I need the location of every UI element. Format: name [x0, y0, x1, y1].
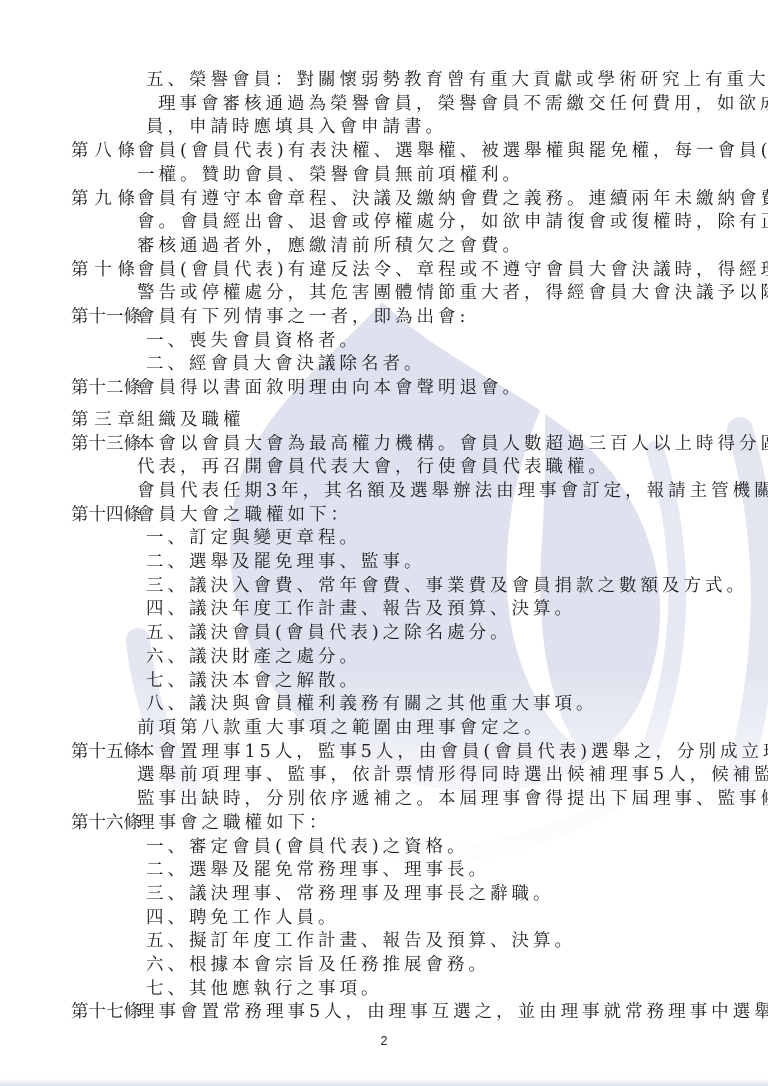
line-text: 會。會員經出會、退會或停權處分，如欲申請復會或復權時，除有正當理由經理事會 — [137, 212, 768, 232]
article-line: 二、選舉及罷免常務理事、理事長。 — [0, 859, 768, 883]
line-text: 一、喪失會員資格者。 — [146, 331, 361, 351]
article-line: 二、選舉及罷免理事、監事。 — [0, 551, 768, 575]
line-text: 五、議決會員(會員代表)之除名處分。 — [146, 623, 512, 643]
article-line: 第十四條會員大會之職權如下： — [0, 504, 768, 528]
article-line: 第 十 條會員(會員代表)有違反法令、章程或不遵守會員大會決議時，得經理事會決議… — [0, 259, 768, 283]
line-text: 七、議決本會之解散。 — [146, 671, 361, 691]
article-line: 六、議決財產之處分。 — [0, 646, 768, 670]
article-line: 第 八 條會員(會員代表)有表決權、選舉權、被選舉權與罷免權，每一會員(會員代表… — [0, 140, 768, 164]
line-text: 二、選舉及罷免常務理事、理事長。 — [146, 860, 490, 880]
line-text: 五、榮譽會員：對關懷弱勢教育曾有重大貢獻或學術研究上有重大成就者，得經 — [146, 70, 768, 90]
article-line: 監事出缺時，分別依序遞補之。本屆理事會得提出下屆理事、監事候選人參考名單。 — [0, 788, 768, 812]
article-number: 第十三條 — [71, 433, 135, 457]
article-line: 四、議決年度工作計畫、報告及預算、決算。 — [0, 598, 768, 622]
article-line: 一權。贊助會員、榮譽會員無前項權利。 — [0, 164, 768, 188]
line-text: 警告或停權處分，其危害團體情節重大者，得經會員大會決議予以除名。 — [137, 283, 768, 303]
article-line: 第十一條會員有下列情事之一者，即為出會: — [0, 306, 768, 330]
article-line: 代表，再召開會員代表大會，行使會員代表職權。 — [0, 456, 768, 480]
line-text: 二、選舉及罷免理事、監事。 — [146, 552, 426, 572]
line-text: 八、議決與會員權利義務有關之其他重大事項。 — [146, 694, 598, 714]
article-line: 三、議決入會費、常年會費、事業費及會員捐款之數額及方式。 — [0, 575, 768, 599]
line-text: 五、擬訂年度工作計畫、報告及預算、決算。 — [146, 931, 576, 951]
line-text: 本會置理事15人，監事5人，由會員(會員代表)選舉之，分別成立理事會、監事會。 — [137, 742, 768, 762]
article-line: 五、榮譽會員：對關懷弱勢教育曾有重大貢獻或學術研究上有重大成就者，得經 — [0, 69, 768, 93]
line-text: 三、議決入會費、常年會費、事業費及會員捐款之數額及方式。 — [146, 576, 748, 596]
article-line: 第 九 條會員有遵守本會章程、決議及繳納會費之義務。連續兩年未繳納會費者，視為自… — [0, 188, 768, 212]
article-line: 理事會審核通過為榮譽會員，榮譽會員不需繳交任何費用，如欲成為榮譽會 — [0, 93, 768, 117]
article-number: 第 九 條 — [71, 188, 135, 212]
line-text: 四、聘免工作人員。 — [146, 908, 340, 928]
article-number: 第十二條 — [71, 377, 135, 401]
line-text: 會員得以書面敘明理由向本會聲明退會。 — [137, 378, 524, 398]
article-line: 一、審定會員(會員代表)之資格。 — [0, 836, 768, 860]
article-number: 第十四條 — [71, 504, 135, 528]
article-number: 第 八 條 — [71, 140, 135, 164]
article-line: 八、議決與會員權利義務有關之其他重大事項。 — [0, 693, 768, 717]
article-line: 會。會員經出會、退會或停權處分，如欲申請復會或復權時，除有正當理由經理事會 — [0, 211, 768, 235]
line-text: 監事出缺時，分別依序遞補之。本屆理事會得提出下屆理事、監事候選人參考名單。 — [137, 789, 768, 809]
line-text: 會員有遵守本會章程、決議及繳納會費之義務。連續兩年未繳納會費者，視為自動退 — [137, 189, 768, 209]
article-line: 第十七條理事會置常務理事5人，由理事互選之，並由理事就常務理事中選舉1人為理事長… — [0, 1001, 768, 1025]
article-line: 會員代表任期3年，其名額及選舉辦法由理事會訂定，報請主管機關核備後行之。 — [0, 480, 768, 504]
line-text: 會員代表任期3年，其名額及選舉辦法由理事會訂定，報請主管機關核備後行之。 — [137, 481, 768, 501]
article-line: 三、議決理事、常務理事及理事長之辭職。 — [0, 883, 768, 907]
line-text: 三、議決理事、常務理事及理事長之辭職。 — [146, 884, 555, 904]
page-bottom-edge-tint — [0, 1079, 768, 1086]
article-line: 一、喪失會員資格者。 — [0, 330, 768, 354]
document-body: 五、榮譽會員：對關懷弱勢教育曾有重大貢獻或學術研究上有重大成就者，得經 理事會審… — [0, 69, 768, 1025]
line-text: 二、經會員大會決議除名者。 — [146, 354, 426, 374]
line-text: 六、根據本會宗旨及任務推展會務。 — [146, 955, 490, 975]
line-text: 理事會之職權如下： — [137, 813, 331, 833]
chapter-title: 組織及職權 — [137, 410, 245, 430]
article-number: 第十一條 — [71, 306, 135, 330]
chapter-heading: 第 三 章組織及職權 — [0, 409, 768, 433]
article-line: 第十六條理事會之職權如下： — [0, 812, 768, 836]
line-text: 審核通過者外，應繳清前所積欠之會費。 — [137, 236, 524, 256]
article-number: 第十五條 — [71, 741, 135, 765]
line-text: 會員(會員代表)有表決權、選舉權、被選舉權與罷免權，每一會員(會員代表)為 — [137, 141, 768, 161]
chapter-number: 第 三 章 — [71, 409, 135, 433]
article-line: 六、根據本會宗旨及任務推展會務。 — [0, 954, 768, 978]
article-line: 七、其他應執行之事項。 — [0, 978, 768, 1002]
line-text: 一、審定會員(會員代表)之資格。 — [146, 837, 469, 857]
line-text: 前項第八款重大事項之範圍由理事會定之。 — [137, 718, 546, 738]
article-number: 第十七條 — [71, 1001, 135, 1025]
article-number: 第 十 條 — [71, 259, 135, 283]
line-text: 一權。贊助會員、榮譽會員無前項權利。 — [137, 165, 524, 185]
line-text: 會員有下列情事之一者，即為出會: — [137, 307, 469, 327]
line-text: 理事會置常務理事5人，由理事互選之，並由理事就常務理事中選舉1人為理事長。 — [137, 1002, 768, 1022]
document-page: 五、榮譽會員：對關懷弱勢教育曾有重大貢獻或學術研究上有重大成就者，得經 理事會審… — [0, 0, 768, 1086]
article-line: 五、議決會員(會員代表)之除名處分。 — [0, 622, 768, 646]
article-line: 第十二條會員得以書面敘明理由向本會聲明退會。 — [0, 377, 768, 401]
article-number: 第十六條 — [71, 812, 135, 836]
line-text: 本會以會員大會為最高權力機構。會員人數超過三百人以上時得分區依比例選出會員 — [137, 434, 768, 454]
line-text: 一、訂定與變更章程。 — [146, 528, 361, 548]
article-line: 選舉前項理事、監事，依計票情形得同時選出候補理事5人，候補監事1人，遇理事、 — [0, 764, 768, 788]
line-text: 會員(會員代表)有違反法令、章程或不遵守會員大會決議時，得經理事會決議，予以 — [137, 260, 768, 280]
line-text: 七、其他應執行之事項。 — [146, 979, 383, 999]
article-line: 四、聘免工作人員。 — [0, 907, 768, 931]
article-line: 二、經會員大會決議除名者。 — [0, 353, 768, 377]
line-text: 理事會審核通過為榮譽會員，榮譽會員不需繳交任何費用，如欲成為榮譽會 — [158, 94, 768, 114]
line-text: 員，申請時應填具入會申請書。 — [146, 117, 447, 137]
article-line: 員，申請時應填具入會申請書。 — [0, 116, 768, 140]
line-text: 六、議決財產之處分。 — [146, 647, 361, 667]
article-line: 五、擬訂年度工作計畫、報告及預算、決算。 — [0, 930, 768, 954]
line-text: 四、議決年度工作計畫、報告及預算、決算。 — [146, 599, 576, 619]
article-line: 第十三條本會以會員大會為最高權力機構。會員人數超過三百人以上時得分區依比例選出會… — [0, 433, 768, 457]
line-text: 選舉前項理事、監事，依計票情形得同時選出候補理事5人，候補監事1人，遇理事、 — [137, 765, 768, 785]
article-line: 一、訂定與變更章程。 — [0, 527, 768, 551]
article-line: 前項第八款重大事項之範圍由理事會定之。 — [0, 717, 768, 741]
article-line: 警告或停權處分，其危害團體情節重大者，得經會員大會決議予以除名。 — [0, 282, 768, 306]
article-line: 七、議決本會之解散。 — [0, 670, 768, 694]
line-text: 代表，再召開會員代表大會，行使會員代表職權。 — [137, 457, 610, 477]
line-text: 會員大會之職權如下： — [137, 505, 352, 525]
article-line: 第十五條本會置理事15人，監事5人，由會員(會員代表)選舉之，分別成立理事會、監… — [0, 741, 768, 765]
article-line: 審核通過者外，應繳清前所積欠之會費。 — [0, 235, 768, 259]
page-number: 2 — [0, 1034, 768, 1048]
